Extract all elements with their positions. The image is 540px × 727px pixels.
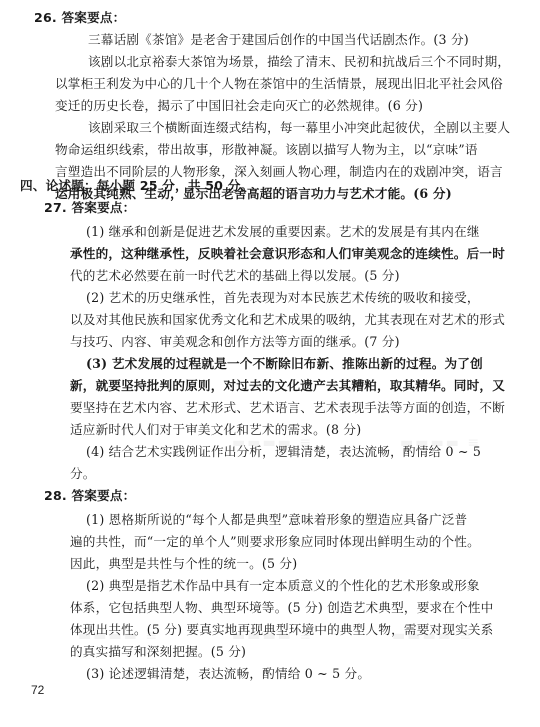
q28-paragraph-2-line: 体系，它包括典型人物、典型环境等。(5 分) 创造艺术典型，要求在个性中	[70, 600, 493, 616]
q28-paragraph-3-line: (3) 论述逻辑清楚，表达流畅，酌情给 0 ~ 5 分。	[86, 666, 370, 682]
section-4-title: 四、论述题：每小题 25 分，共 50 分。	[20, 178, 253, 194]
question-28-header: 28. 答案要点：	[44, 488, 135, 504]
q26-paragraph-2-line: 以掌柜王利发为中心的几十个人物在茶馆中的生活情景，展现出旧北平社会风俗	[55, 76, 503, 92]
q28-paragraph-2-line: 体现出共性。(5 分) 要真实地再现典型环境中的典型人物，需要对现实关系	[70, 622, 493, 638]
q27-paragraph-2-line: (2) 艺术的历史继承性，首先表现为对本民族艺术传统的吸收和接受，	[86, 290, 480, 306]
q27-paragraph-2-line: 以及对其他民族和国家优秀文化和艺术成果的吸纳，尤其表现在对艺术的形式	[70, 312, 505, 328]
q28-paragraph-2-line: (2) 典型是指艺术作品中具有一定本质意义的个性化的艺术形象或形象	[86, 578, 480, 594]
q27-paragraph-2-line: 与技巧、内容、审美观念和创作方法等方面的继承。(7 分)	[70, 334, 400, 350]
q27-paragraph-3-line: 适应新时代人们对于审美文化和艺术的需求。(8 分)	[70, 422, 361, 438]
q27-paragraph-4-line: (4) 结合艺术实践例证作出分析，逻辑清楚，表达流畅，酌情给 0 ~ 5	[86, 444, 481, 460]
q27-paragraph-3-line: 要坚持在艺术内容、艺术形式、艺术语言、艺术表现手法等方面的创造，不断	[70, 400, 505, 416]
document-page: ▬▬▬▬ ≡ ▬▬▬▬ ≡ ▬▬▬▬ ≡ ▬▬▬▬ ≡ ▬▬▬▬ ≡ 26. 答…	[0, 0, 540, 727]
question-27-header: 27. 答案要点：	[44, 200, 135, 216]
q26-paragraph-1-line: 三幕话剧《茶馆》是老舍于建国后创作的中国当代话剧杰作。(3 分)	[88, 32, 469, 48]
q28-paragraph-1-line: 遍的共性，而“一定的单个人”则要求形象应同时体现出鲜明生动的个性。	[70, 534, 480, 550]
page-number: 72	[31, 683, 44, 697]
q27-paragraph-1-line: (1) 继承和创新是促进艺术发展的重要因素。艺术的发展是有其内在继	[86, 224, 480, 240]
q26-paragraph-3-line: 物命运组织线索，带出故事，形散神凝。该剧以描写人物为主，以“京味”语	[55, 142, 478, 158]
question-26-header: 26. 答案要点：	[34, 10, 125, 26]
q27-paragraph-3-line: (3) 艺术发展的过程就是一个不断除旧布新、推陈出新的过程。为了创	[86, 356, 483, 372]
q27-paragraph-1-line: 承性的，这种继承性，反映着社会意识形态和人们审美观念的连续性。后一时	[70, 246, 505, 262]
q27-paragraph-1-line: 代的艺术必然要在前一时代艺术的基础上得以发展。(5 分)	[70, 268, 400, 284]
q28-paragraph-2-line: 的真实描写和深刻把握。(5 分)	[70, 644, 246, 660]
q27-paragraph-3-line: 新，就要坚持批判的原则，对过去的文化遗产去其糟粕，取其精华。同时，又	[70, 378, 505, 394]
q26-paragraph-2-line: 该剧以北京裕泰大茶馆为场景，描绘了清末、民初和抗战后三个不同时期，	[88, 54, 510, 70]
q28-paragraph-1-line: 因此，典型是共性与个性的统一。(5 分)	[70, 556, 297, 572]
q26-paragraph-3-line: 该剧采取三个横断面连缀式结构，每一幕里小冲突此起彼伏，全剧以主要人	[88, 120, 510, 136]
q27-paragraph-4-line: 分。	[70, 466, 96, 482]
q28-paragraph-1-line: (1) 恩格斯所说的“每个人都是典型”意味着形象的塑造应具备广泛普	[86, 512, 467, 528]
q26-paragraph-2-line: 变迁的历史长卷，揭示了中国旧社会走向灭亡的必然规律。(6 分)	[55, 98, 423, 114]
